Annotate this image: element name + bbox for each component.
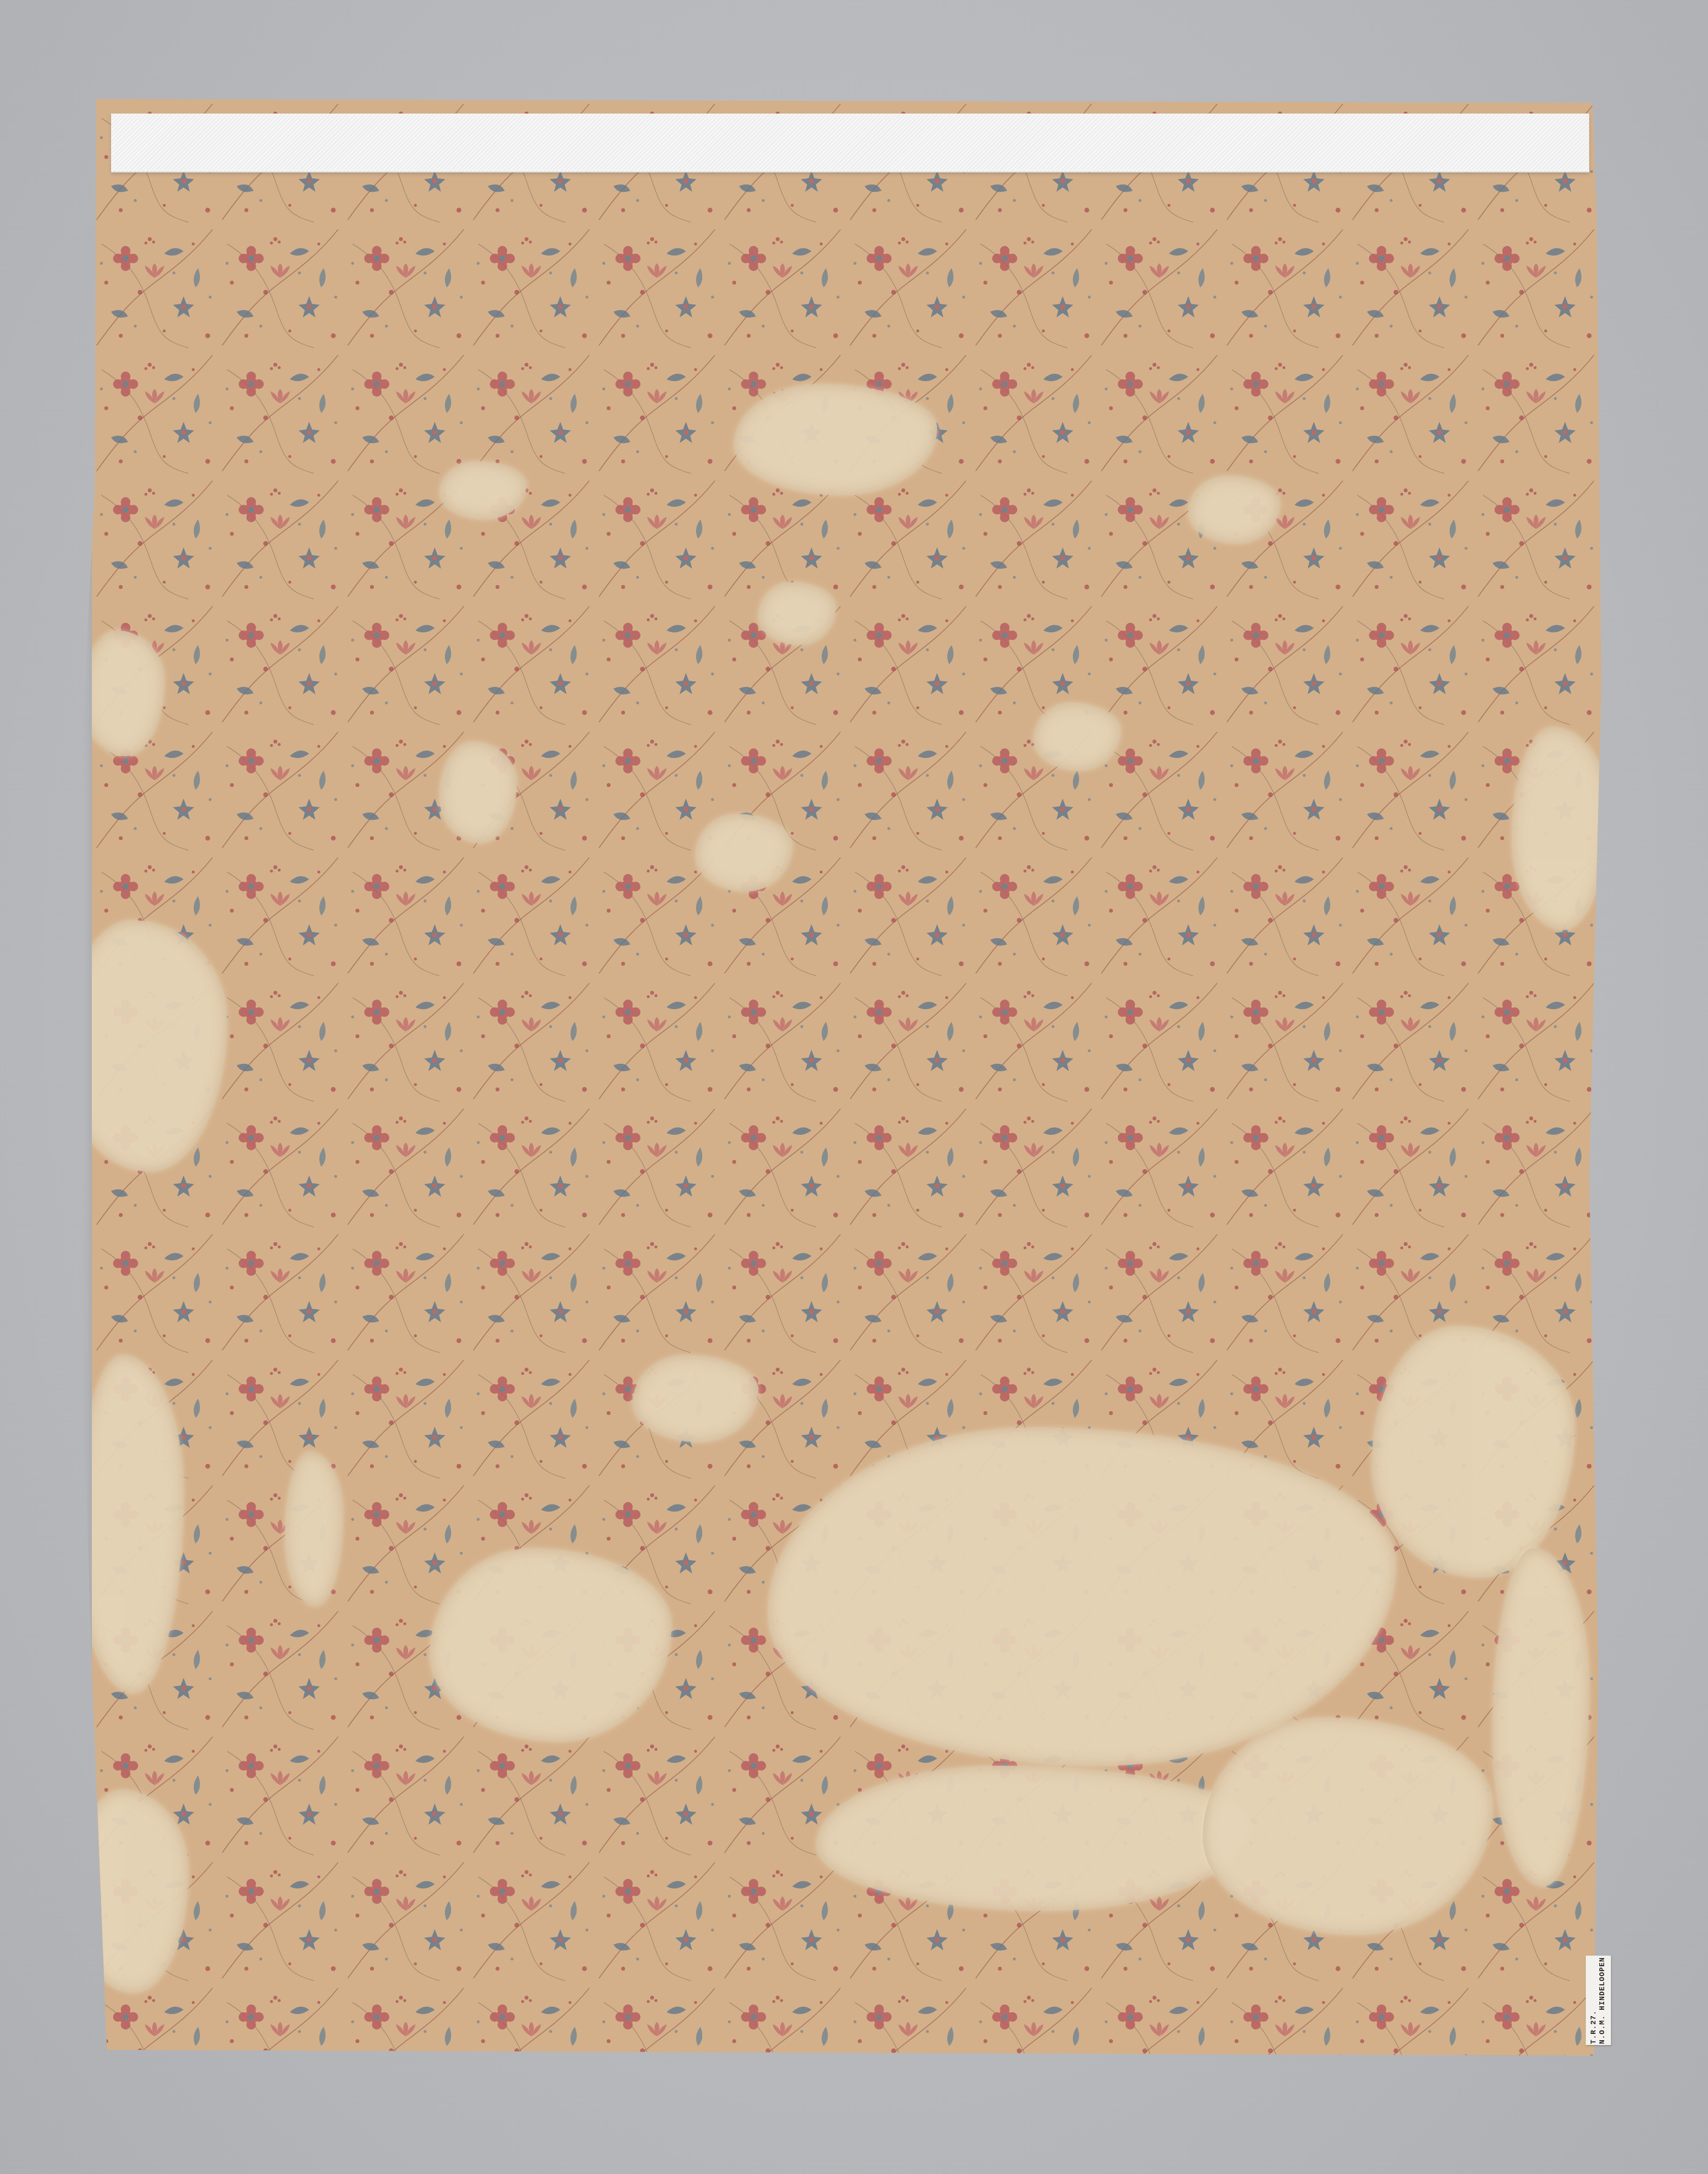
inventory-label-text: T.R.27. N.O.M. HINDELOOPEN bbox=[1590, 1957, 1607, 2044]
white-hanging-band bbox=[111, 114, 1589, 172]
quilt-textile bbox=[92, 99, 1601, 2056]
inventory-label: T.R.27. N.O.M. HINDELOOPEN bbox=[1586, 1956, 1611, 2045]
inventory-number: T.R.27. bbox=[1590, 1957, 1598, 2044]
worn-area bbox=[1512, 727, 1601, 930]
museum-name: N.O.M. HINDELOOPEN bbox=[1598, 1957, 1607, 2044]
